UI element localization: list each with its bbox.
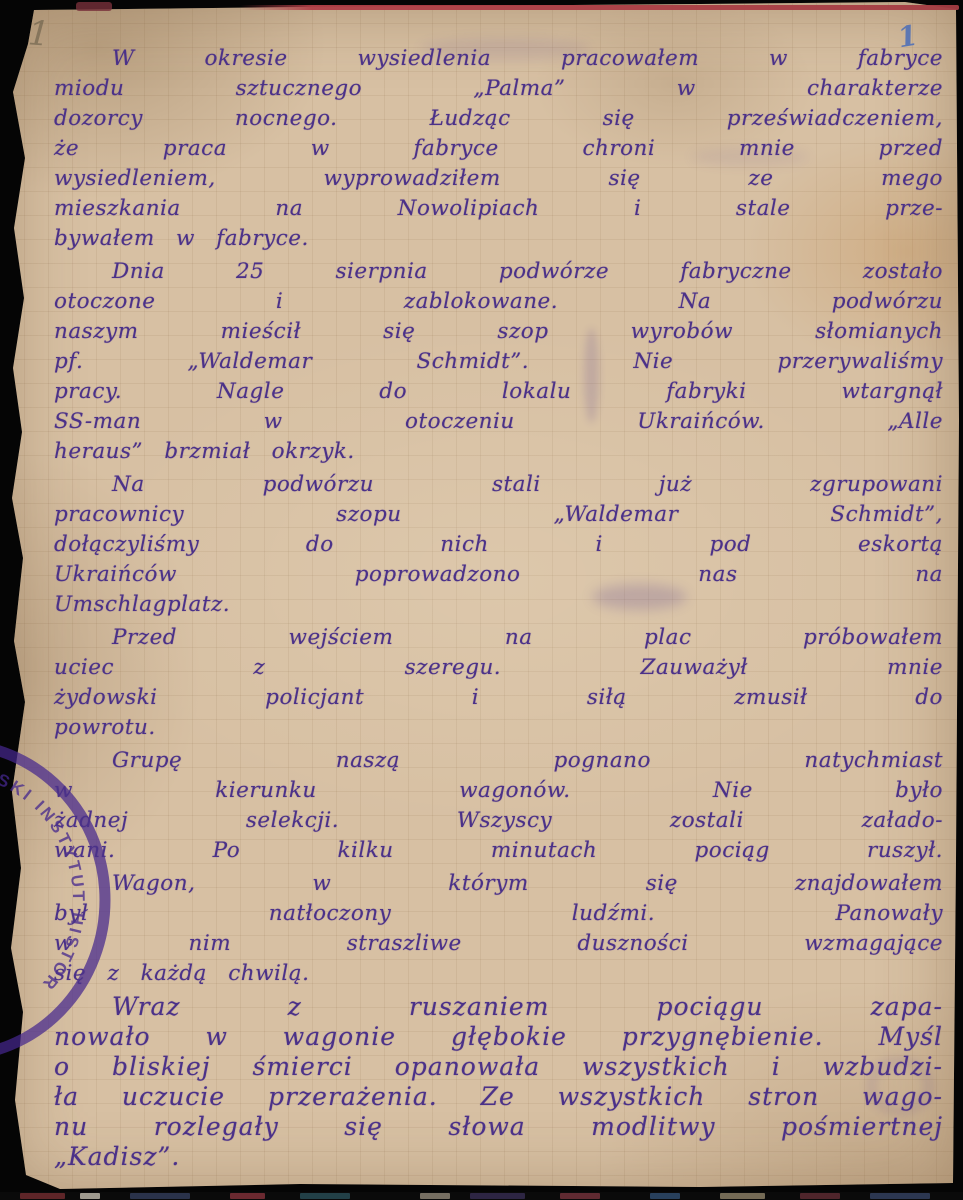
manuscript-line: bywałem w fabryce. [54, 224, 943, 254]
manuscript-line: Przed wejściem na plac próbowałem [54, 623, 943, 653]
scan-artifact-segment [420, 1193, 450, 1199]
manuscript-line: pracownicy szopu „Waldemar Schmidt”, [54, 500, 943, 530]
scanned-page: 1 1 WSKI INSTYTUT HISTOR W okresie wysie… [0, 0, 963, 1200]
manuscript-line: Umschlagplatz. [54, 590, 943, 620]
manuscript-line: SS-man w otoczeniu Ukraińców. „Alle [54, 407, 943, 437]
manuscript-line: się z każdą chwilą. [54, 959, 943, 989]
red-edge-line [240, 5, 959, 10]
scan-artifact-segment [800, 1193, 840, 1199]
manuscript-line: żadnej selekcji. Wszyscy zostali załado- [54, 806, 943, 836]
manuscript-line: naszym mieścił się szop wyrobów słomiany… [54, 317, 943, 347]
scan-artifact-segment [470, 1193, 525, 1199]
scan-artifact-segment [650, 1193, 680, 1199]
manuscript-line: wysiedleniem, wyprowadziłem się ze mego [54, 164, 943, 194]
scan-artifact-segment [80, 1193, 100, 1199]
scan-edge-artifacts [0, 1192, 963, 1200]
manuscript-line: mieszkania na Nowolipiach i stale prze- [54, 194, 943, 224]
manuscript-line: heraus” brzmiał okrzyk. [54, 437, 943, 467]
pencil-page-number: 1 [27, 13, 51, 54]
manuscript-line: pf. „Waldemar Schmidt”. Nie przerywaliśm… [54, 347, 943, 377]
manuscript-line: że praca w fabryce chroni mnie przed [54, 134, 943, 164]
manuscript-line: „Kadisz”. [54, 1142, 943, 1172]
manuscript-line: w nim straszliwe duszności wzmagające [54, 929, 943, 959]
manuscript-line: Dnia 25 sierpnia podwórze fabryczne zost… [54, 257, 943, 287]
manuscript-line: wani. Po kilku minutach pociąg ruszył. [54, 836, 943, 866]
manuscript-line: nu rozlegały się słowa modlitwy pośmiert… [54, 1112, 943, 1142]
manuscript-line: pracy. Nagle do lokalu fabryki wtargnął [54, 377, 943, 407]
manuscript-line: o bliskiej śmierci opanowała wszystkich … [54, 1052, 943, 1082]
scan-artifact-segment [230, 1193, 265, 1199]
manuscript-line: Na podwórzu stali już zgrupowani [54, 470, 943, 500]
scan-artifact-segment [560, 1193, 600, 1199]
manuscript-line: był natłoczony ludźmi. Panowały [54, 899, 943, 929]
manuscript-line: W okresie wysiedlenia pracowałem w fabry… [54, 44, 943, 74]
manuscript-line: nowało w wagonie głębokie przygnębienie.… [54, 1022, 943, 1052]
scan-artifact-segment [870, 1193, 930, 1199]
manuscript-line: Wraz z ruszaniem pociągu zapa- [54, 992, 943, 1022]
manuscript-line: powrotu. [54, 713, 943, 743]
manuscript-line: uciec z szeregu. Zauważył mnie [54, 653, 943, 683]
red-edge-blob [76, 2, 112, 11]
manuscript-line: dozorcy nocnego. Łudząc się przeświadcze… [54, 104, 943, 134]
manuscript-line: ła uczucie przerażenia. Ze wszystkich st… [54, 1082, 943, 1112]
manuscript-line: dołączyliśmy do nich i pod eskortą [54, 530, 943, 560]
manuscript-line: miodu sztucznego „Palma” w charakterze [54, 74, 943, 104]
manuscript-line: Grupę naszą pognano natychmiast [54, 746, 943, 776]
scan-artifact-segment [130, 1193, 190, 1199]
manuscript-line: Ukraińców poprowadzono nas na [54, 560, 943, 590]
scan-artifact-segment [720, 1193, 765, 1199]
manuscript-line: otoczone i zablokowane. Na podwórzu [54, 287, 943, 317]
scan-artifact-segment [20, 1193, 65, 1199]
manuscript-text: W okresie wysiedlenia pracowałem w fabry… [54, 44, 943, 1172]
manuscript-line: żydowski policjant i siłą zmusił do [54, 683, 943, 713]
scan-artifact-segment [300, 1193, 350, 1199]
manuscript-line: Wagon, w którym się znajdowałem [54, 869, 943, 899]
manuscript-line: w kierunku wagonów. Nie było [54, 776, 943, 806]
